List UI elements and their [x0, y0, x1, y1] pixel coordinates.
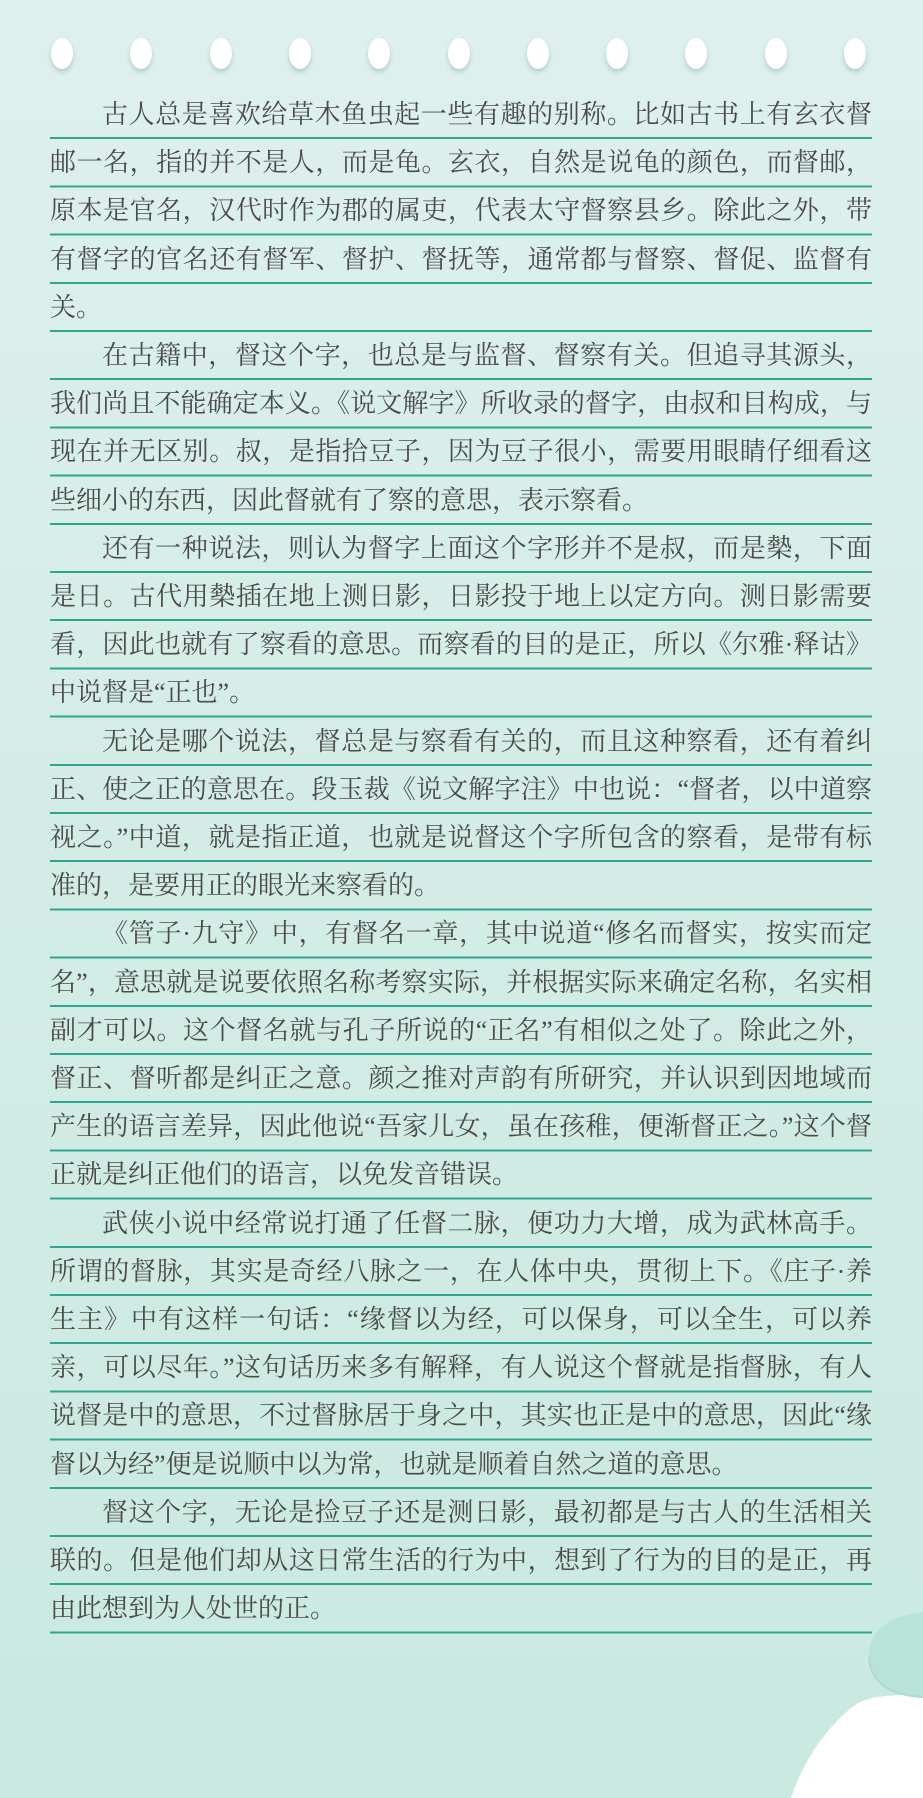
binding-hole-icon [130, 38, 152, 69]
binding-hole-icon [289, 38, 311, 69]
article-paragraph: 在古籍中，督这个字，也总是与监督、督察有关。但追寻其源头，我们尚且不能确定本义。… [50, 332, 872, 525]
binding-hole-icon [606, 38, 628, 69]
article-paragraph: 《管子·九守》中，有督名一章，其中说道“修名而督实，按实而定名”，意思就是说要依… [50, 910, 872, 1199]
article-paragraph: 武侠小说中经常说打通了任督二脉，便功力大增，成为武林高手。所谓的督脉，其实是奇经… [50, 1200, 872, 1489]
binding-hole-icon [51, 38, 73, 69]
binding-hole-icon [844, 38, 866, 69]
binding-hole-icon [368, 38, 390, 69]
binding-hole-icon [527, 38, 549, 69]
article-paragraph: 还有一种说法，则认为督字上面这个字形并不是叔，而是槷，下面是日。古代用槷插在地上… [50, 525, 872, 718]
notebook-page: 古人总是喜欢给草木鱼虫起一些有趣的别称。比如古书上有玄衣督邮一名，指的并不是人，… [0, 0, 923, 1798]
article-paragraph: 古人总是喜欢给草木鱼虫起一些有趣的别称。比如古书上有玄衣督邮一名，指的并不是人，… [50, 91, 872, 332]
article-body: 古人总是喜欢给草木鱼虫起一些有趣的别称。比如古书上有玄衣督邮一名，指的并不是人，… [50, 91, 872, 1634]
binding-hole-icon [448, 38, 470, 69]
binding-hole-icon [210, 38, 232, 69]
article-paragraph: 无论是哪个说法，督总是与察看有关的，而且这种察看，还有着纠正、使之正的意思在。段… [50, 718, 872, 911]
binding-hole-icon [765, 38, 787, 69]
page-curl-icon [663, 1578, 923, 1798]
binding-hole-icon [685, 38, 707, 69]
